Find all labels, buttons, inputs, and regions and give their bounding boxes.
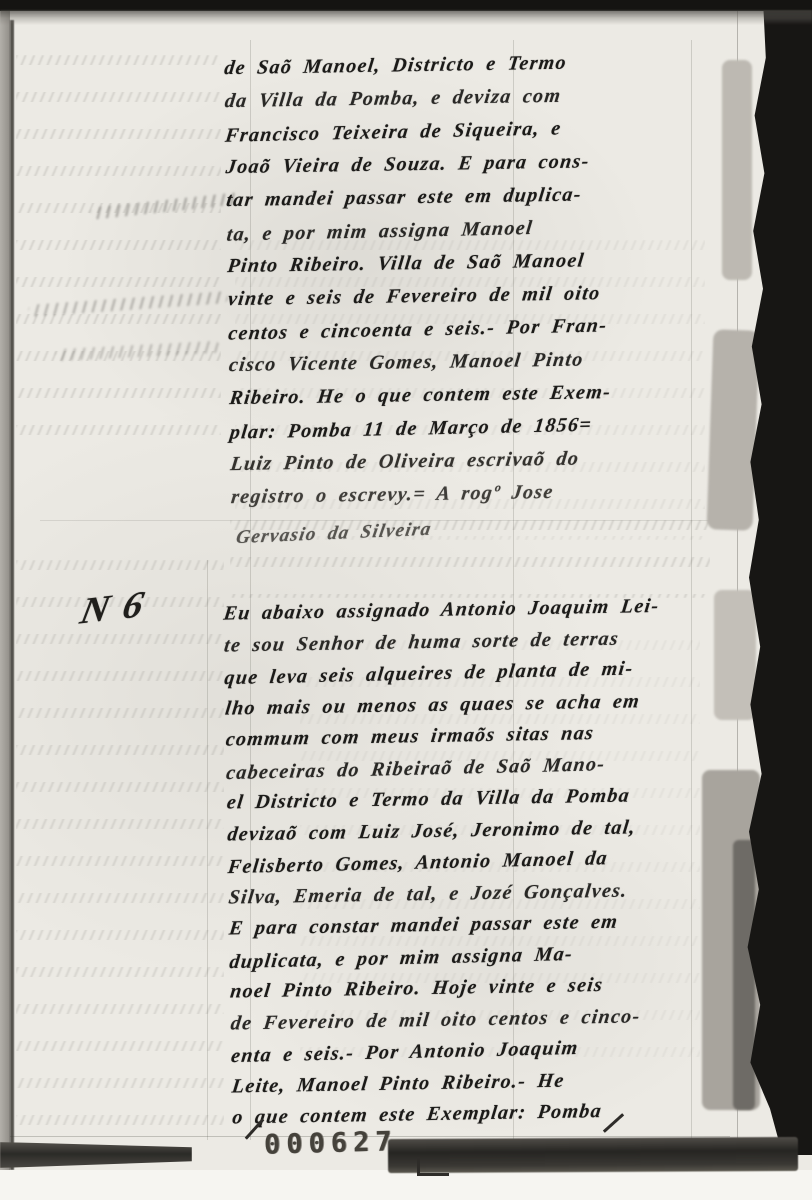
scan-bottom-bar-right [388,1137,798,1173]
page-number-stamp: 000627 [264,1126,398,1160]
scanned-manuscript-page: de Saõ Manoel, Districto e Termoda Villa… [0,0,812,1200]
torn-paper-edge [733,840,755,1110]
ink-bleedthrough [16,560,224,1135]
scan-top-shadow [0,10,812,25]
entry-continuation-text: de Saõ Manoel, Districto e Termoda Villa… [224,44,752,547]
scan-bottom-margin [0,1170,812,1200]
torn-paper-edge [707,329,760,530]
scan-bottom-bar-left [0,1142,192,1168]
ink-bleedthrough [16,55,221,455]
scan-left-line [10,20,14,1170]
crease-line [207,560,208,1140]
torn-paper-edge [722,60,752,280]
torn-paper-edge [714,590,756,720]
entry-n6-text: Eu abaixo assignado Antonio Joaquim Lei-… [223,590,752,1134]
scan-left-edge [0,0,10,1200]
entry-number-label: N 6 [77,582,150,633]
pen-mark [417,1173,449,1176]
